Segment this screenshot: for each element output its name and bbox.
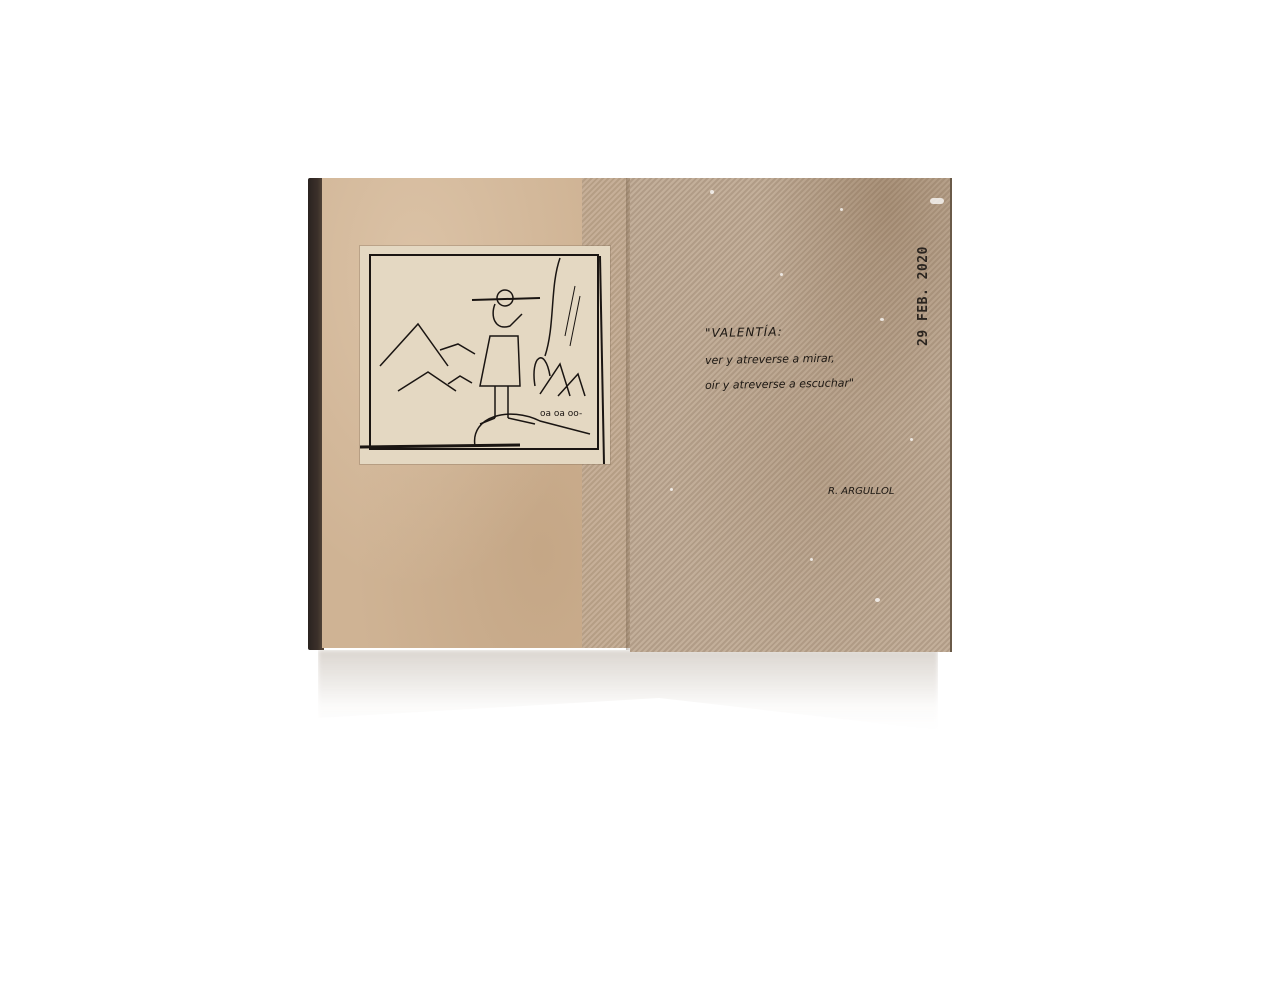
quote-line-1: ver y atreverse a mirar,: [705, 350, 935, 367]
open-notebook: oa oa oo- "VALENTÍA: ver y atreverse a m…: [308, 176, 950, 656]
book-shadow: [318, 650, 938, 730]
cartoon-drawing-icon: oa oa oo-: [360, 246, 610, 464]
handwritten-quote: "VALENTÍA: ver y atreverse a mirar, oír …: [705, 324, 935, 402]
svg-text:oa oa oo-: oa oa oo-: [540, 409, 582, 419]
quote-title: "VALENTÍA:: [705, 322, 935, 340]
handwritten-signature: R. ARGULLOL: [828, 486, 894, 497]
quote-line-2: oír y atreverse a escuchar": [705, 375, 935, 392]
right-page: [630, 178, 952, 652]
date-stamp: 29 FEB. 2020: [916, 246, 931, 346]
left-page: oa oa oo-: [322, 178, 636, 648]
cartoon-clipping: oa oa oo-: [360, 246, 610, 464]
